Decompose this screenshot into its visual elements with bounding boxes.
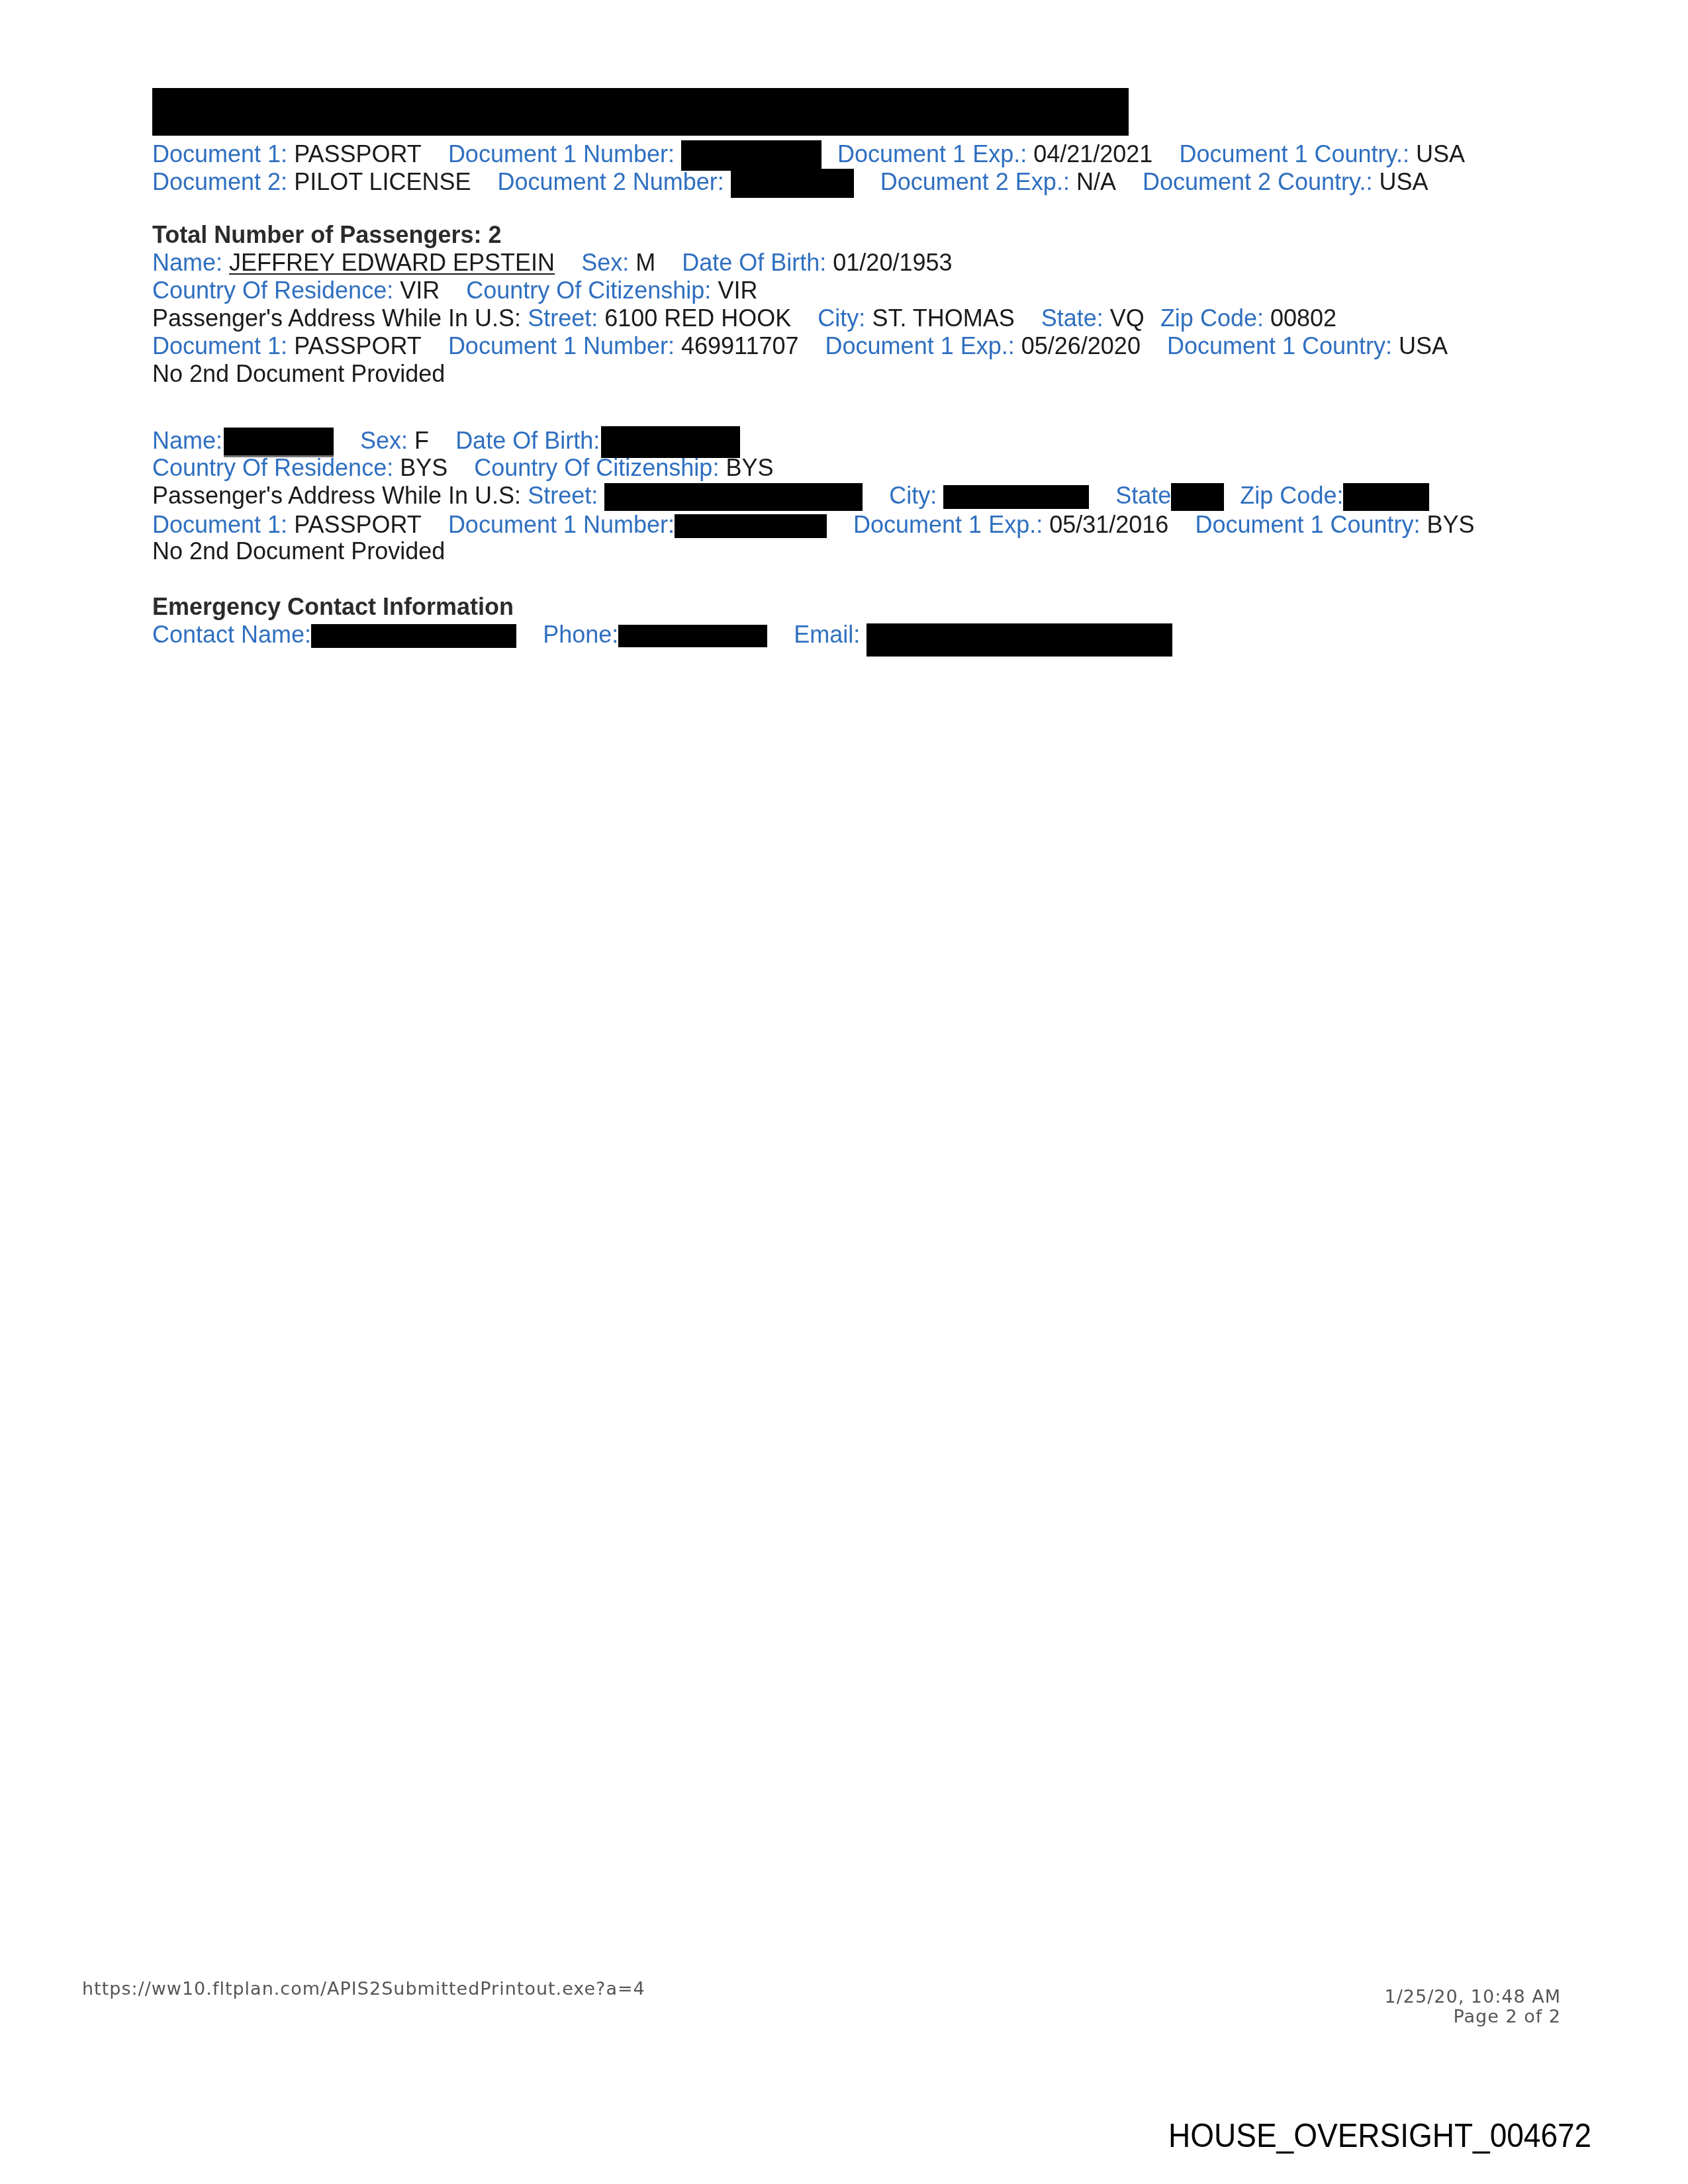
total-passengers-heading: Total Number of Passengers: 2	[152, 221, 501, 249]
redaction-passenger-2-zip	[1343, 483, 1429, 511]
crew-document-1-row: Document 1: PASSPORT Document 1 Number: …	[152, 140, 1465, 171]
city-label: City:	[889, 482, 937, 509]
redaction-phone	[618, 625, 767, 647]
passenger-1-doc1: PASSPORT	[294, 332, 422, 359]
citizenship-label: Country Of Citizenship:	[474, 454, 719, 481]
sex-label: Sex:	[360, 427, 408, 454]
residence-label: Country Of Residence:	[152, 454, 393, 481]
citizenship-label: Country Of Citizenship:	[466, 277, 711, 304]
passenger-1-doc1-exp: 05/26/2020	[1021, 332, 1141, 359]
passenger-2-document-row: Document 1: PASSPORT Document 1 Number: …	[152, 511, 1475, 539]
doc2-exp-value: N/A	[1076, 168, 1116, 195]
redaction-passenger-2-state	[1171, 483, 1224, 511]
doc1-country-label: Document 1 Country:	[1167, 332, 1392, 359]
doc1-country-label: Document 1 Country.:	[1179, 140, 1409, 167]
passenger-1-zip: 00802	[1270, 304, 1336, 332]
doc1-exp-label: Document 1 Exp.:	[853, 511, 1043, 538]
doc1-exp-value: 04/21/2021	[1033, 140, 1152, 167]
redaction-doc2-number	[731, 169, 854, 198]
passenger-1-country-row: Country Of Residence: VIR Country Of Cit…	[152, 277, 757, 304]
doc2-number-label: Document 2 Number:	[498, 168, 724, 195]
passenger-2-second-doc: No 2nd Document Provided	[152, 537, 445, 565]
doc1-label: Document 1:	[152, 511, 287, 538]
email-label: Email:	[794, 621, 860, 648]
zip-label: Zip Code:	[1240, 482, 1343, 509]
zip-label: Zip Code:	[1160, 304, 1264, 332]
redaction-passenger-2-city	[943, 485, 1089, 509]
doc1-number-label: Document 1 Number:	[448, 511, 675, 538]
city-label: City:	[818, 304, 865, 332]
emergency-contact-row: Contact Name: Phone: Email:	[152, 621, 1172, 657]
doc1-exp-label: Document 1 Exp.:	[837, 140, 1027, 167]
passenger-1-sex: M	[635, 249, 655, 276]
passenger-1-address-row: Passenger's Address While In U.S: Street…	[152, 304, 1336, 332]
footer-datetime: 1/25/20, 10:48 AM	[1385, 1987, 1561, 2007]
passenger-2-doc1-exp: 05/31/2016	[1049, 511, 1168, 538]
passenger-1-name-row: Name: JEFFREY EDWARD EPSTEIN Sex: M Date…	[152, 249, 953, 277]
name-label: Name:	[152, 249, 222, 276]
footer-url: https://ww10.fltplan.com/APIS2SubmittedP…	[82, 1979, 645, 1999]
passenger-1-doc1-country: USA	[1399, 332, 1448, 359]
passenger-1-residence: VIR	[400, 277, 440, 304]
street-label: Street:	[528, 482, 598, 509]
passenger-1-city: ST. THOMAS	[872, 304, 1014, 332]
passenger-2-residence: BYS	[400, 454, 447, 481]
passenger-2-citizenship: BYS	[726, 454, 773, 481]
doc1-country-label: Document 1 Country:	[1195, 511, 1420, 538]
passenger-2-doc1: PASSPORT	[294, 511, 422, 538]
passenger-2-country-row: Country Of Residence: BYS Country Of Cit…	[152, 454, 773, 482]
passenger-1-state: VQ	[1110, 304, 1145, 332]
doc1-number-label: Document 1 Number:	[448, 332, 675, 359]
redaction-passenger-2-street	[604, 483, 863, 511]
doc1-value: PASSPORT	[294, 140, 422, 167]
passenger-1-doc1-number: 469911707	[681, 332, 799, 359]
passenger-2-name-row: Name: Sex: F Date Of Birth:	[152, 426, 740, 458]
passenger-1-street: 6100 RED HOOK	[604, 304, 791, 332]
name-label: Name:	[152, 427, 222, 454]
state-label: State:	[1041, 304, 1103, 332]
passenger-1-name: JEFFREY EDWARD EPSTEIN	[229, 249, 555, 276]
address-intro-label: Passenger's Address While In U.S:	[152, 482, 521, 509]
doc2-value: PILOT LICENSE	[294, 168, 471, 195]
dob-label: Date Of Birth:	[682, 249, 826, 276]
doc1-label: Document 1:	[152, 140, 287, 167]
redaction-email	[867, 623, 1172, 657]
passenger-1-dob: 01/20/1953	[833, 249, 952, 276]
contact-name-label: Contact Name:	[152, 621, 311, 648]
state-label: State	[1115, 482, 1171, 509]
redaction-passenger-2-name	[224, 428, 334, 457]
doc2-exp-label: Document 2 Exp.:	[880, 168, 1070, 195]
doc2-country-value: USA	[1379, 168, 1428, 195]
passenger-1-document-row: Document 1: PASSPORT Document 1 Number: …	[152, 332, 1448, 360]
address-intro-label: Passenger's Address While In U.S:	[152, 304, 521, 332]
street-label: Street:	[528, 304, 598, 332]
redaction-passenger-2-doc1-number	[675, 514, 827, 538]
doc2-country-label: Document 2 Country.:	[1143, 168, 1372, 195]
passenger-1-second-doc: No 2nd Document Provided	[152, 360, 445, 388]
doc1-exp-label: Document 1 Exp.:	[825, 332, 1015, 359]
redaction-contact-name	[311, 624, 516, 648]
sex-label: Sex:	[581, 249, 629, 276]
passenger-2-sex: F	[414, 427, 429, 454]
phone-label: Phone:	[543, 621, 618, 648]
residence-label: Country Of Residence:	[152, 277, 393, 304]
doc1-country-value: USA	[1416, 140, 1465, 167]
dob-label: Date Of Birth:	[455, 427, 600, 454]
redaction-passenger-2-dob	[601, 426, 740, 458]
passenger-2-address-row: Passenger's Address While In U.S: Street…	[152, 482, 1429, 511]
redaction-doc1-number	[681, 140, 821, 171]
doc2-label: Document 2:	[152, 168, 287, 195]
redaction-block-header	[152, 88, 1129, 136]
passenger-2-doc1-country: BYS	[1427, 511, 1475, 538]
emergency-contact-heading: Emergency Contact Information	[152, 593, 514, 621]
crew-document-2-row: Document 2: PILOT LICENSE Document 2 Num…	[152, 168, 1428, 198]
doc1-number-label: Document 1 Number:	[448, 140, 675, 167]
footer-page-number: Page 2 of 2	[1454, 2007, 1562, 2027]
bates-number: HOUSE_OVERSIGHT_004672	[1168, 2116, 1591, 2155]
passenger-1-citizenship: VIR	[718, 277, 757, 304]
doc1-label: Document 1:	[152, 332, 287, 359]
